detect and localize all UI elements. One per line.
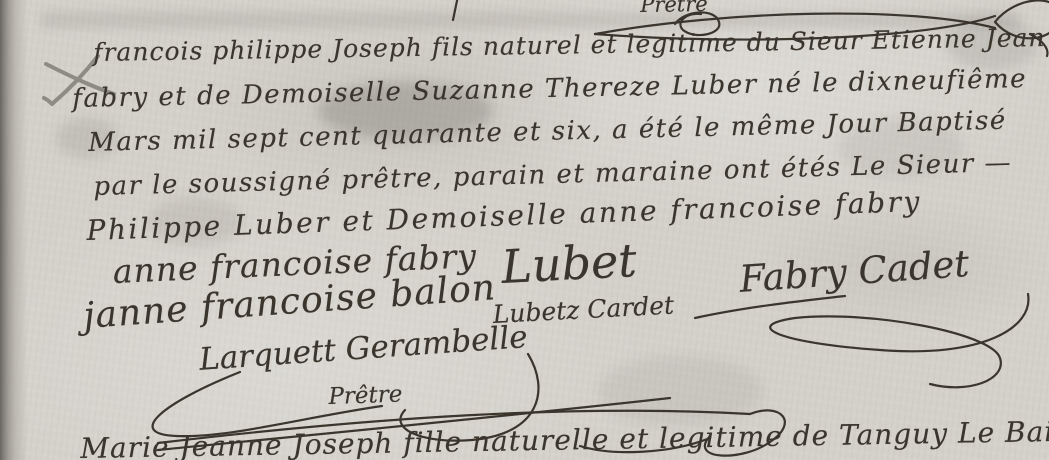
signature-lubet: Lubet bbox=[500, 233, 638, 294]
top-paraph-label: Prêtre bbox=[640, 0, 708, 17]
record-line-2: fabry et de Demoiselle Suzanne Thereze L… bbox=[72, 64, 1027, 114]
fabry-cadet-paraph-icon bbox=[700, 288, 1045, 403]
manuscript-page: Prêtre francois philippe Joseph fils nat… bbox=[0, 0, 1049, 460]
page-binding-edge bbox=[0, 0, 28, 460]
